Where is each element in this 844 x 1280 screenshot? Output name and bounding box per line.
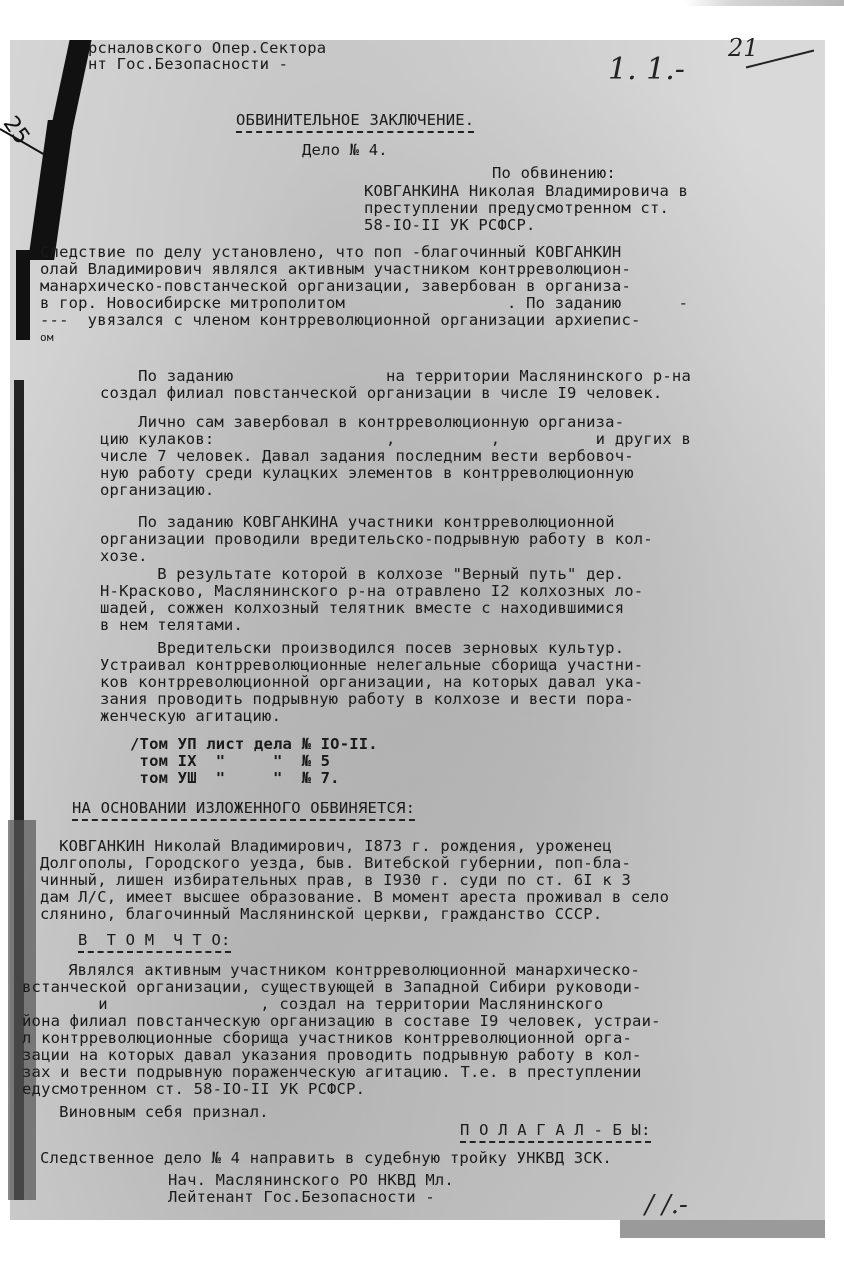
text-line: Вредительски производился посев зерновых…	[100, 640, 624, 657]
text-line: шадей, сожжен колхозный телятник вместе …	[100, 600, 624, 617]
reference-line: том IX " " № 5	[130, 753, 330, 770]
text-line: встанческой организации, существующей в …	[22, 979, 642, 996]
text-line: создал филиал повстанческой организации …	[100, 385, 662, 402]
decision-heading: П О Л А Г А Л - Б Ы:	[460, 1122, 651, 1143]
text-line: ков контрреволюционной организации, на к…	[100, 674, 643, 691]
text-line: организацию.	[100, 482, 214, 499]
header-line-2: нт Гос.Безопасности -	[88, 56, 288, 73]
text-line: зания проводить подрывную работу в колхо…	[100, 691, 634, 708]
admitted-guilt: Виновным себя признал.	[40, 1104, 269, 1121]
text-line: едусмотренном ст. 58-IO-II УК РСФСР.	[22, 1081, 365, 1098]
text-line: числе 7 человек. Давал задания последним…	[100, 448, 634, 465]
signature-line: Лейтенант Гос.Безопасности -	[168, 1189, 435, 1206]
charge-line: 58-IO-II УК РСФСР.	[364, 217, 536, 234]
text-line: и , создал на территории Маслянинского	[22, 996, 603, 1013]
text-line: чинный, лишен избирательных прав, в I930…	[40, 872, 631, 889]
reference-line: том УШ " " № 7.	[130, 770, 340, 787]
text-line: дам Л/С, имеет высшее образование. В мом…	[40, 889, 669, 906]
reference-line: /Том УП лист дела № IO-II.	[130, 736, 378, 753]
charge-line: преступлении предусмотренном ст.	[364, 200, 669, 217]
handwritten-bottom-mark: / /.-	[645, 1190, 688, 1220]
scan-top-strip	[684, 0, 844, 6]
text-line: организации проводили вредительско-подры…	[100, 531, 653, 548]
text-line: в нем телятами.	[100, 617, 243, 634]
text-line: Следствие по делу установлено, что поп -…	[40, 244, 621, 261]
text-line: ом	[40, 329, 54, 346]
text-line: л контрреволюционные сборища участников …	[22, 1030, 632, 1047]
text-line: В результате которой в колхозе "Верный п…	[100, 566, 624, 583]
signature-line: Нач. Маслянинского РО НКВД Мл.	[168, 1172, 454, 1189]
text-line: слянино, благочинный Маслянинской церкви…	[40, 906, 602, 923]
text-line: олай Владимирович являлся активным участ…	[40, 261, 631, 278]
text-line: зации на которых давал указания проводит…	[22, 1047, 642, 1064]
handwritten-folio-number: 21	[728, 34, 759, 62]
in-that-heading: В Т О М Ч Т О:	[78, 932, 231, 953]
text-line: Являлся активным участником контрреволюц…	[30, 962, 640, 979]
text-line: По заданию на территории Маслянинского р…	[100, 368, 691, 385]
charge-line: По обвинению:	[492, 165, 616, 182]
text-line: По заданию КОВГАНКИНА участники контррев…	[100, 514, 615, 531]
accusation-heading: НА ОСНОВАНИИ ИЗЛОЖЕННОГО ОБВИНЯЕТСЯ:	[72, 800, 415, 821]
text-line: в гор. Новосибирске митрополитом . По за…	[40, 295, 688, 312]
text-line: хозе.	[100, 548, 148, 565]
text-line: женческую агитацию.	[100, 708, 281, 725]
handwritten-folio-mark: 1. 1.-	[608, 52, 685, 87]
charge-line: КОВГАНКИНА Николая Владимировича в	[364, 183, 688, 200]
page-bottom-shadow	[620, 1220, 825, 1238]
text-line: Устраивал контрреволюционные нелегальные…	[100, 657, 643, 674]
text-line: манархическо-повстанческой организации, …	[40, 278, 631, 295]
document-title: ОБВИНИТЕЛЬНОЕ ЗАКЛЮЧЕНИЕ.	[236, 112, 474, 133]
text-line: Н-Красково, Маслянинского р-на отравлено…	[100, 583, 643, 600]
text-line: Долгополы, Городского уезда, быв. Витебс…	[40, 855, 631, 872]
text-line: йона филиал повстанческую организацию в …	[22, 1013, 661, 1030]
text-line: --- увязался с членом контрреволюционной…	[40, 312, 641, 329]
text-line: Лично сам завербовал в контрреволюционну…	[100, 414, 624, 431]
text-line: ную работу среди кулацких элементов в ко…	[100, 465, 634, 482]
text-line: зах и вести подрывную пораженческую агит…	[22, 1064, 642, 1081]
case-number: Дело № 4.	[302, 142, 388, 159]
text-line: КОВГАНКИН Николай Владимирович, I873 г. …	[40, 838, 612, 855]
decision-text: Следственное дело № 4 направить в судебн…	[40, 1150, 612, 1167]
text-line: цию кулаков: , , и других в	[100, 431, 691, 448]
